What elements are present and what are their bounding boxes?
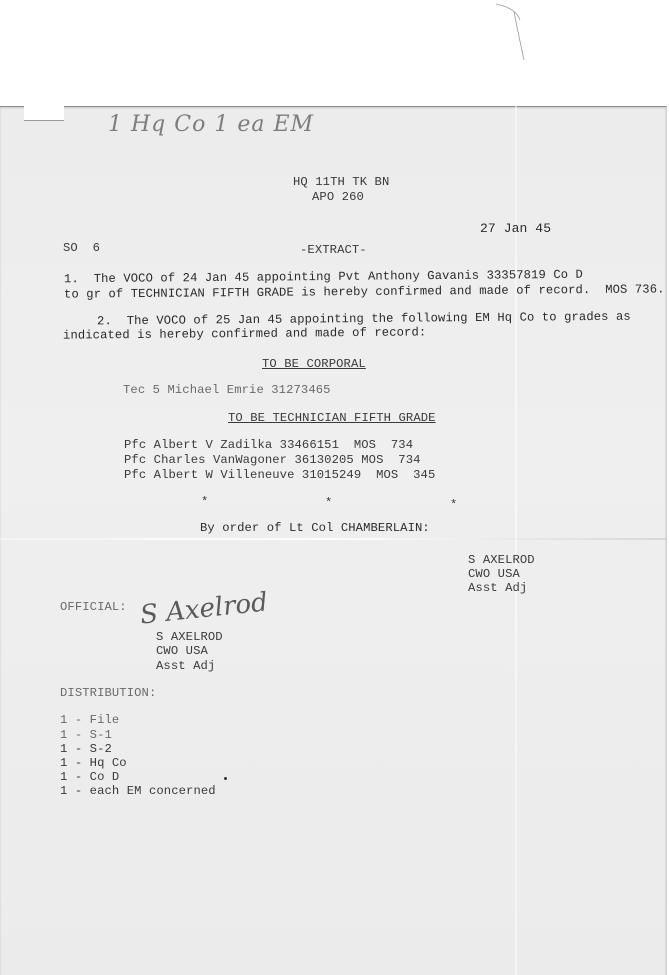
unit-heading: HQ 11TH TK BN (293, 175, 389, 189)
paper-curl-mark (494, 2, 534, 62)
distribution-item: 1 - S-2 (60, 742, 112, 756)
distribution-item: 1 - Hq Co (60, 756, 127, 770)
promotion-entry: Pfc Albert W Villeneuve 31015249 MOS 345 (124, 468, 435, 482)
signature-title: Asst Adj (468, 581, 527, 595)
special-order-number: SO 6 (63, 241, 100, 255)
signature-rank: CWO USA (468, 567, 520, 581)
document-date: 27 Jan 45 (480, 221, 551, 236)
official-label: OFFICIAL: (60, 600, 127, 614)
apo-number: APO 260 (312, 190, 364, 204)
official-title: Asst Adj (156, 659, 215, 673)
ink-speck (224, 777, 227, 780)
separator-star: * (201, 495, 208, 509)
official-rank: CWO USA (156, 644, 208, 658)
distribution-label: DISTRIBUTION: (60, 686, 156, 700)
document-page (0, 106, 667, 975)
separator-star: * (325, 496, 332, 510)
section-heading-tec5: TO BE TECHNICIAN FIFTH GRADE (228, 411, 436, 425)
promotion-entry: Tec 5 Michael Emrie 31273465 (123, 383, 331, 397)
section-heading-corporal: TO BE CORPORAL (262, 357, 366, 371)
separator-star: * (450, 498, 457, 512)
distribution-item: 1 - File (60, 713, 119, 727)
by-order-line: By order of Lt Col CHAMBERLAIN: (200, 521, 430, 535)
distribution-item: 1 - S-1 (60, 728, 112, 742)
distribution-item: 1 - Co D (60, 770, 119, 784)
official-name: S AXELROD (156, 630, 223, 644)
paper-torn-corner (24, 104, 64, 121)
distribution-item: 1 - each EM concerned (60, 784, 216, 798)
vertical-fold-line (515, 106, 517, 975)
handwritten-annotation: 1 Hq Co 1 ea EM (108, 112, 314, 137)
horizontal-fold-line (0, 538, 666, 540)
signature-name: S AXELROD (468, 553, 535, 567)
promotion-entry: Pfc Charles VanWagoner 36130205 MOS 734 (124, 453, 421, 467)
promotion-entry: Pfc Albert V Zadilka 33466151 MOS 734 (124, 438, 413, 452)
extract-title: -EXTRACT- (300, 243, 367, 257)
